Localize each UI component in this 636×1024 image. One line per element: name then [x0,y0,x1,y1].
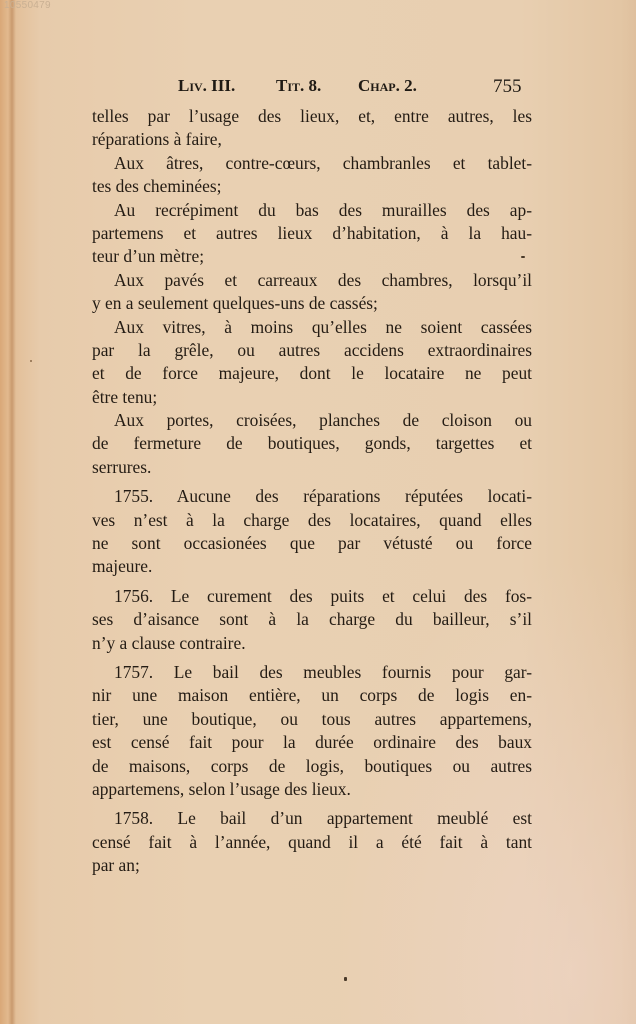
text-line: 1755. Aucune des réparations réputées lo… [92,485,532,508]
text-line: Aux vitres, à moins qu’elles ne soient c… [92,316,532,339]
text-line: tier, une boutique, ou tous autres appar… [92,708,532,731]
book-page: 10550479 Liv. III. Tit. 8. Chap. 2. 755 … [0,0,636,1024]
text-line: Au recrépiment du bas des murailles des … [92,199,532,222]
header-livre: Liv. III. [178,76,235,96]
paper-speck [521,256,525,258]
header-titre: Tit. 8. [276,76,321,96]
text-line: majeure. [92,555,532,578]
running-header: Liv. III. Tit. 8. Chap. 2. 755 [178,76,538,100]
paper-speck [344,977,347,981]
text-line: est censé fait pour la durée ordinaire d… [92,731,532,754]
text-line: n’y a clause contraire. [92,632,532,655]
text-line: ves n’est à la charge des locataires, qu… [92,509,532,532]
text-line: par la grêle, ou autres accidens extraor… [92,339,532,362]
text-line: nir une maison entière, un corps de logi… [92,684,532,707]
text-line: 1757. Le bail des meubles fournis pour g… [92,661,532,684]
paragraph-atres: Aux âtres, contre-cœurs, chambranles et … [92,152,532,199]
text-line: de fermeture de boutiques, gonds, target… [92,432,532,455]
text-line: réparations à faire, [92,128,532,151]
article-1756: 1756. Le curement des puits et celui des… [92,585,532,655]
text-line: appartemens, selon l’usage des lieux. [92,778,532,801]
text-line: Aux portes, croisées, planches de cloiso… [92,409,532,432]
paragraph-vitres: Aux vitres, à moins qu’elles ne soient c… [92,316,532,410]
scan-id-label: 10550479 [4,0,51,11]
page-number: 755 [493,76,522,98]
paragraph-continuation: telles par l’usage des lieux, et, entre … [92,105,532,152]
text-line: 1758. Le bail d’un appartement meublé es… [92,807,532,830]
paper-speck [30,360,32,362]
text-line: telles par l’usage des lieux, et, entre … [92,105,532,128]
article-1758: 1758. Le bail d’un appartement meublé es… [92,807,532,877]
text-line: Aux âtres, contre-cœurs, chambranles et … [92,152,532,175]
paragraph-paves: Aux pavés et carreaux des chambres, lors… [92,269,532,316]
header-chapitre: Chap. 2. [358,76,417,96]
text-line: tes des cheminées; [92,175,532,198]
text-line: y en a seulement quelques-uns de cassés; [92,292,532,315]
text-line: serrures. [92,456,532,479]
paragraph-portes: Aux portes, croisées, planches de cloiso… [92,409,532,479]
page-body: telles par l’usage des lieux, et, entre … [92,105,532,878]
text-line: partemens et autres lieux d’habitation, … [92,222,532,245]
text-line: ne sont occasionées que par vétusté ou f… [92,532,532,555]
text-line: teur d’un mètre; [92,245,532,268]
text-line: de maisons, corps de logis, boutiques ou… [92,755,532,778]
text-line: et de force majeure, dont le locataire n… [92,362,532,385]
article-1757: 1757. Le bail des meubles fournis pour g… [92,661,532,801]
text-line: être tenu; [92,386,532,409]
paragraph-recrepiment: Au recrépiment du bas des murailles des … [92,199,532,269]
article-1755: 1755. Aucune des réparations réputées lo… [92,485,532,579]
text-line: par an; [92,854,532,877]
text-line: censé fait à l’année, quand il a été fai… [92,831,532,854]
text-line: ses d’aisance sont à la charge du baille… [92,608,532,631]
text-line: 1756. Le curement des puits et celui des… [92,585,532,608]
text-line: Aux pavés et carreaux des chambres, lors… [92,269,532,292]
